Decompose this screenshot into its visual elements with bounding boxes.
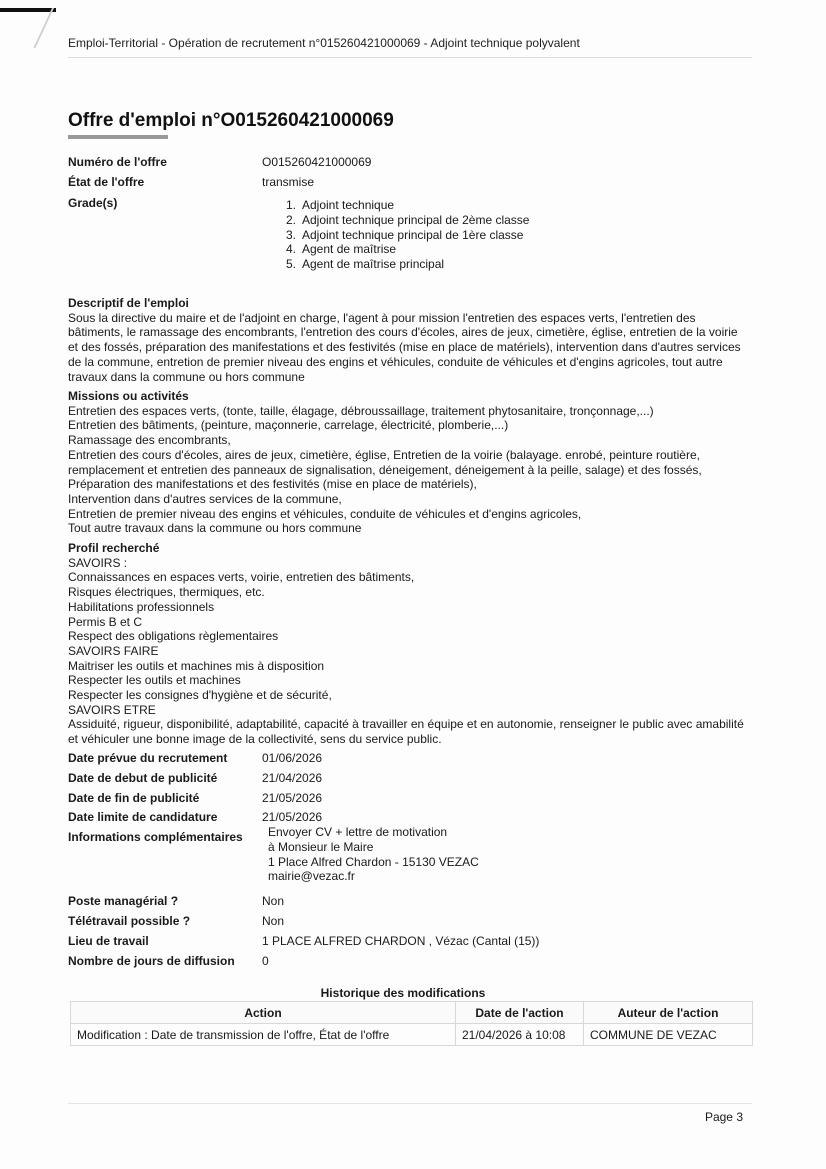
text-line: et des fossés, préparation des manifesta… (68, 340, 758, 355)
text-line: Entretien des cours d'écoles, aires de j… (68, 448, 758, 463)
grade-item: 5.Agent de maîtrise principal (286, 257, 529, 272)
text-line: Risques électriques, thermiques, etc. (68, 585, 758, 600)
infos-complementaires: Envoyer CV + lettre de motivation à Mons… (268, 825, 479, 884)
field-label: État de l'offre (68, 175, 144, 189)
text-line: SAVOIRS FAIRE (68, 644, 758, 659)
page-number: Page 3 (705, 1110, 743, 1124)
email-link[interactable]: mairie@vezac.fr (268, 869, 479, 884)
field-label: Grade(s) (68, 196, 117, 210)
cell-action: Modification : Date de transmission de l… (71, 1024, 456, 1046)
text-line: Ramassage des encombrants, (68, 433, 758, 448)
field-value: transmise (262, 175, 314, 189)
grade-item: 2.Adjoint technique principal de 2ème cl… (286, 213, 529, 228)
column-header-auteur: Auteur de l'action (584, 1002, 753, 1024)
text-line: Intervention dans d'autres services de l… (68, 492, 758, 507)
field-value: O015260421000069 (262, 155, 371, 169)
text-line: Respecter les outils et machines (68, 673, 758, 688)
text-line: SAVOIRS : (68, 556, 758, 571)
text-line: et véhiculer une bonne image de la colle… (68, 732, 758, 747)
column-header-date: Date de l'action (456, 1002, 584, 1024)
text-line: SAVOIRS ETRE (68, 703, 758, 718)
table-header-row: Action Date de l'action Auteur de l'acti… (71, 1002, 753, 1024)
grades-list: 1.Adjoint technique 2.Adjoint technique … (286, 198, 529, 272)
section-body: Sous la directive du maire et de l'adjoi… (68, 311, 758, 385)
text-line: Assiduité, rigueur, disponibilité, adapt… (68, 717, 758, 732)
history-table: Action Date de l'action Auteur de l'acti… (70, 1001, 753, 1046)
field-label: Numéro de l'offre (68, 155, 167, 169)
scan-artifact (0, 8, 56, 12)
text-line: Respecter les consignes d'hygiène et de … (68, 688, 758, 703)
running-header: Emploi-Territorial - Opération de recrut… (68, 36, 580, 50)
cell-auteur: COMMUNE DE VEZAC (584, 1024, 753, 1046)
text-line: Entretien des bâtiments, (peinture, maço… (68, 418, 758, 433)
title-underline (68, 135, 168, 139)
info-line: 1 Place Alfred Chardon - 15130 VEZAC (268, 855, 479, 870)
text-line: Sous la directive du maire et de l'adjoi… (68, 311, 758, 326)
text-line: Habilitations professionnels (68, 600, 758, 615)
text-line: Tout autre travaux dans la commune ou ho… (68, 521, 758, 536)
grade-item: 4.Agent de maîtrise (286, 242, 529, 257)
section-missions: Missions ou activités Entretien des espa… (68, 389, 758, 536)
text-line: Permis B et C (68, 615, 758, 630)
text-line: Respect des obligations règlementaires (68, 629, 758, 644)
grade-item: 1.Adjoint technique (286, 198, 529, 213)
section-title: Missions ou activités (68, 389, 758, 404)
column-header-action: Action (71, 1002, 456, 1024)
text-line: Entretien des espaces verts, (tonte, tai… (68, 404, 758, 419)
text-line: Entretien de premier niveau des engins e… (68, 507, 758, 522)
text-line: Maitriser les outils et machines mis à d… (68, 659, 758, 674)
info-line: Envoyer CV + lettre de motivation (268, 825, 479, 840)
text-line: Préparation des manifestations et des fe… (68, 477, 758, 492)
info-line: à Monsieur le Maire (268, 840, 479, 855)
table-row: Modification : Date de transmission de l… (71, 1024, 753, 1046)
cell-date: 21/04/2026 à 10:08 (456, 1024, 584, 1046)
text-line: remplacement et entretien des panneaux d… (68, 463, 758, 478)
section-descriptif: Descriptif de l'emploi Sous la directive… (68, 296, 758, 384)
text-line: travaux dans la commune ou hors commune (68, 370, 758, 385)
header-divider (68, 57, 752, 58)
section-body: SAVOIRS :Connaissances en espaces verts,… (68, 556, 758, 747)
history-title: Historique des modifications (0, 986, 826, 1000)
text-line: de la commune, entretion de premier nive… (68, 355, 758, 370)
footer-divider (68, 1103, 752, 1104)
section-profil: Profil recherché SAVOIRS :Connaissances … (68, 541, 758, 747)
text-line: bâtiments, le ramassage des encombrants,… (68, 325, 758, 340)
section-title: Descriptif de l'emploi (68, 296, 758, 311)
section-body: Entretien des espaces verts, (tonte, tai… (68, 404, 758, 536)
page-title: Offre d'emploi n°O015260421000069 (68, 110, 394, 132)
grade-item: 3.Adjoint technique principal de 1ère cl… (286, 228, 529, 243)
section-title: Profil recherché (68, 541, 758, 556)
text-line: Connaissances en espaces verts, voirie, … (68, 570, 758, 585)
